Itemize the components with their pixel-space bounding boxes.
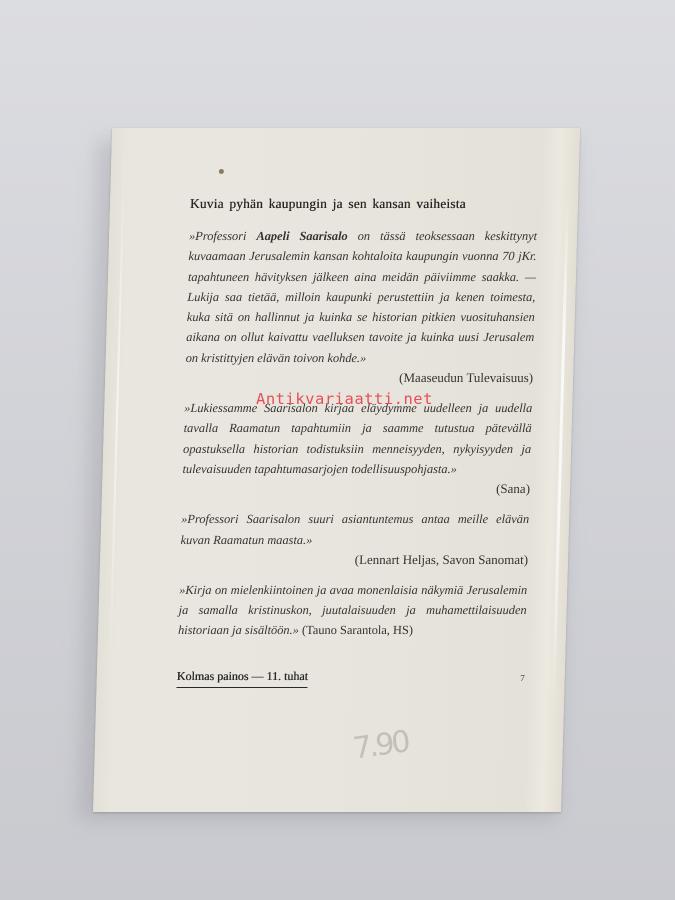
blurb-3-source: (Lennart Heljas, Savon Sanomat) [180, 550, 529, 570]
blurb-3: »Professori Saarisalon suuri asiantuntem… [180, 509, 530, 570]
blurb-2-text: »Lukiessamme Saarisalon kirjaa eläydymme… [182, 398, 532, 479]
watermark: Antikvariaatti.net [256, 390, 433, 408]
blurb-1-body: on tässä teoksessaan keskittynyt kuvaama… [185, 229, 537, 365]
page-number: 7 [520, 673, 525, 683]
blurb-4-source: (Tauno Sarantola, HS) [302, 623, 413, 637]
blurb-1: »Professori Aapeli Saarisalo on tässä te… [185, 226, 538, 388]
cover-spot-mark [219, 169, 224, 174]
blurb-4-text: »Kirja on mielenkiintoinen ja avaa monen… [178, 580, 528, 641]
blurb-3-text: »Professori Saarisalon suuri asiantuntem… [180, 509, 529, 550]
pencil-price-mark: 7.90 [351, 724, 409, 766]
cover-title: Kuvia pyhän kaupungin ja sen kansan vaih… [190, 196, 538, 212]
blurb-1-prefix: »Professori [189, 229, 257, 243]
blurb-4: »Kirja on mielenkiintoinen ja avaa monen… [178, 580, 528, 641]
blurb-1-author: Aapeli Saarisalo [256, 229, 348, 243]
book-back-cover: Kuvia pyhän kaupungin ja sen kansan vaih… [93, 128, 580, 812]
cover-footer: Kolmas painos — 11. tuhat 7 [176, 669, 525, 691]
blurb-1-source: (Maaseudun Tulevaisuus) [185, 368, 534, 388]
cover-text-area: Kuvia pyhän kaupungin ja sen kansan vaih… [178, 196, 539, 651]
edition-label: Kolmas painos — 11. tuhat [176, 669, 308, 688]
blurb-1-text: »Professori Aapeli Saarisalo on tässä te… [185, 226, 537, 368]
blurb-2: »Lukiessamme Saarisalon kirjaa eläydymme… [182, 398, 533, 499]
blurb-2-source: (Sana) [182, 479, 531, 499]
